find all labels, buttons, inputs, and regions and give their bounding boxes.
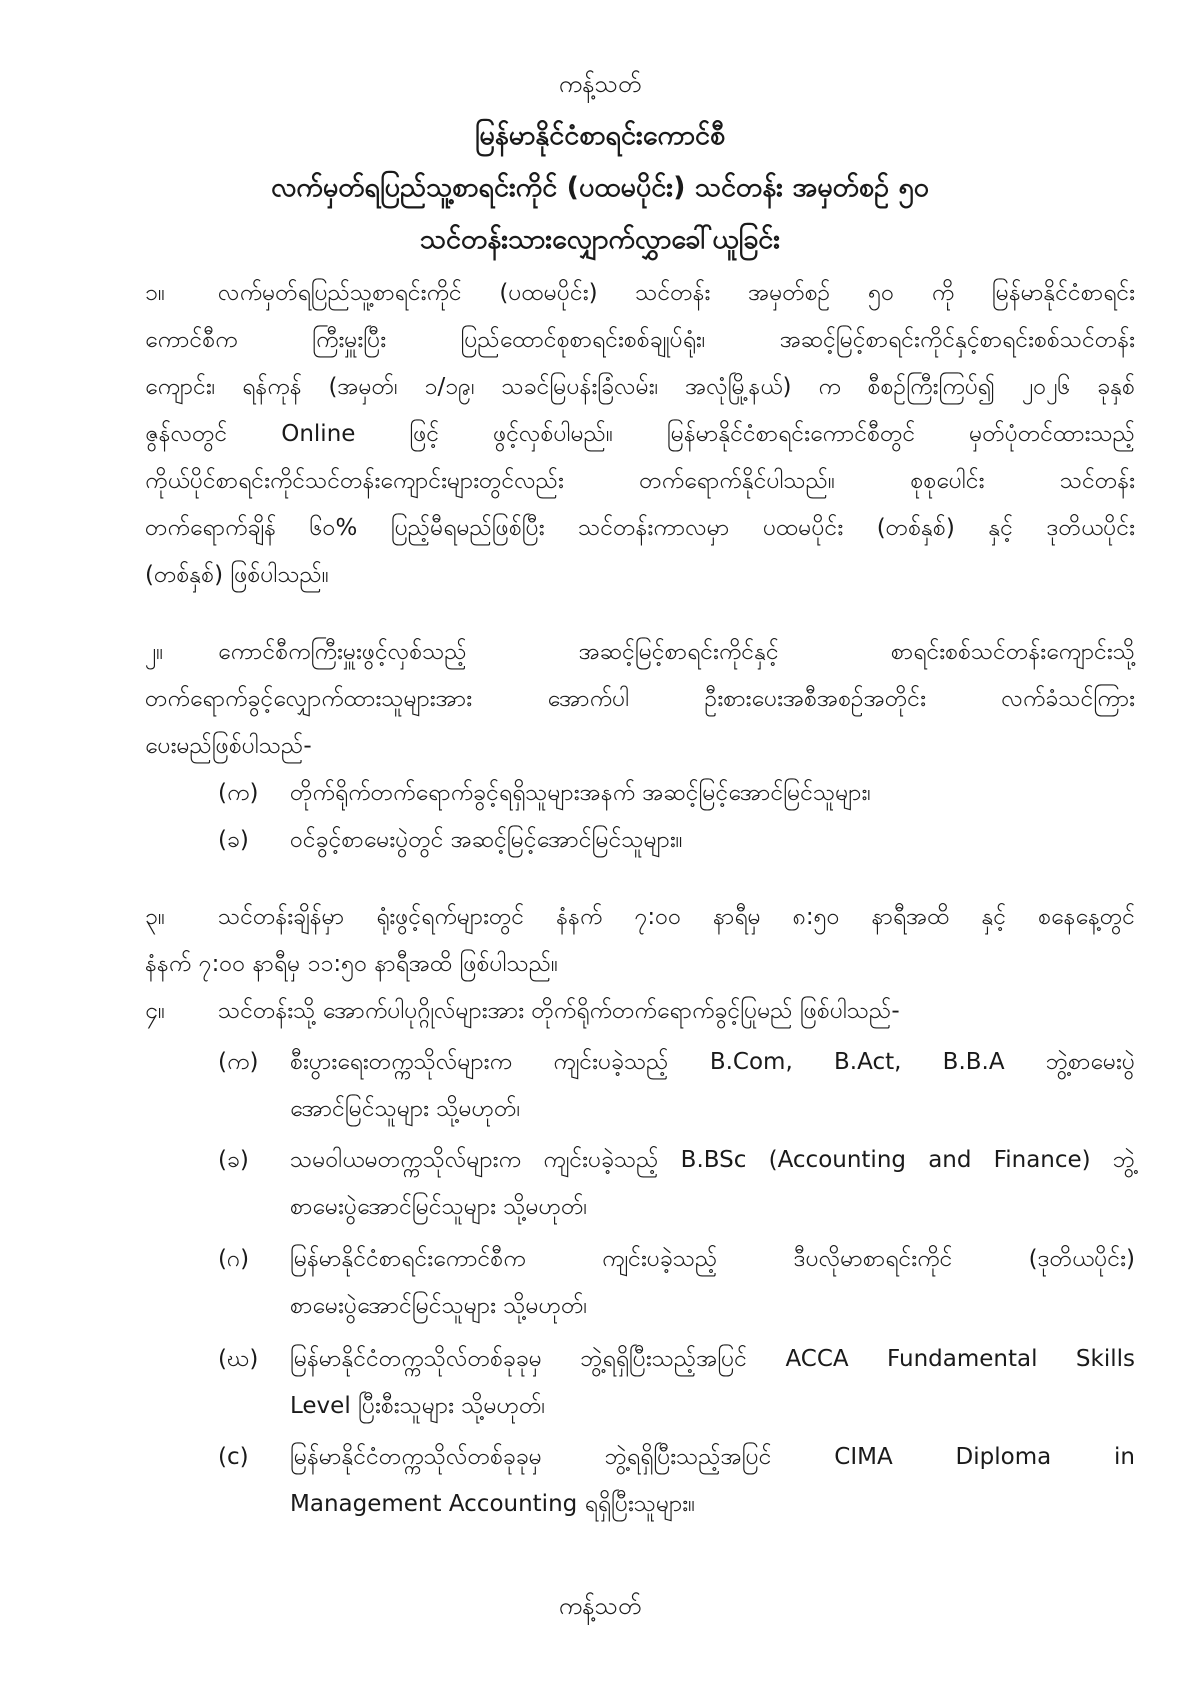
- list-item-label: (c): [218, 1441, 249, 1473]
- section-number: ၄။: [145, 995, 165, 1027]
- list-item-text: တိုက်ရိုက်တက်ရောက်ခွင့်ရရှိသူများအနက် အဆ…: [290, 777, 1135, 809]
- list-item-label: (က): [218, 1046, 258, 1078]
- paragraph-line: ပေးမည်ဖြစ်ပါသည်-: [145, 730, 1135, 762]
- section-number: ၃။: [145, 901, 165, 933]
- paragraph-line: သင်တန်းသို့ အောက်ပါပုဂ္ဂိုလ်များအား တိုက…: [218, 995, 1135, 1027]
- list-item-label: (ဃ): [218, 1343, 258, 1375]
- list-item-text: Level ပြီးစီးသူများ သို့မဟုတ်၊: [290, 1390, 1135, 1422]
- list-item-label: (ဂ): [218, 1243, 249, 1275]
- confidential-label-top: ကန့်သတ်: [0, 68, 1200, 104]
- paragraph-line: ဇွန်လတွင် Online ဖြင့် ဖွင့်လှစ်ပါမည်။ မ…: [145, 418, 1135, 450]
- section-number: ၂။: [145, 636, 163, 668]
- notice-title: သင်တန်းသားလျှောက်လွှာခေါ်ယူခြင်း: [0, 222, 1200, 262]
- organization-title: မြန်မာနိုင်ငံစာရင်းကောင်စီ: [0, 118, 1200, 158]
- list-item-text: မြန်မာနိုင်ငံစာရင်းကောင်စီက ကျင်းပခဲ့သည့…: [290, 1243, 1135, 1275]
- list-item-text: မြန်မာနိုင်ငံတက္ကသိုလ်တစ်ခုခုမှ ဘွဲ့ရရှိ…: [290, 1343, 1135, 1375]
- list-item-text: မြန်မာနိုင်ငံတက္ကသိုလ်တစ်ခုခုမှ ဘွဲ့ရရှိ…: [290, 1441, 1135, 1473]
- document-page: ကန့်သတ် မြန်မာနိုင်ငံစာရင်းကောင်စီ လက်မှ…: [0, 0, 1200, 1696]
- list-item-text: Management Accounting ရရှိပြီးသူများ။: [290, 1488, 1135, 1520]
- paragraph-line: နံနက် ၇:၀၀ နာရီမှ ၁၁:၅၀ နာရီအထိ ဖြစ်ပါသည…: [145, 948, 1135, 980]
- list-item-label: (ခ): [218, 1144, 249, 1176]
- course-title: လက်မှတ်ရပြည်သူ့စာရင်းကိုင် (ပထမပိုင်း) သ…: [0, 170, 1200, 210]
- list-item-text: သမဝါယမတက္ကသိုလ်များက ကျင်းပခဲ့သည့် B.BSc…: [290, 1144, 1135, 1176]
- confidential-label-bottom: ကန့်သတ်: [0, 1590, 1200, 1626]
- paragraph-line: သင်တန်းချိန်မှာ ရုံးဖွင့်ရက်များတွင် နံန…: [218, 901, 1135, 933]
- paragraph-line: ကောင်စီကကြီးမှူးဖွင့်လှစ်သည့် အဆင့်မြင့်…: [218, 636, 1135, 668]
- list-item-text: စာမေးပွဲအောင်မြင်သူများ သို့မဟုတ်၊: [290, 1290, 1135, 1322]
- list-item-text: စီးပွားရေးတက္ကသိုလ်များက ကျင်းပခဲ့သည့် B…: [290, 1046, 1135, 1078]
- list-item-text: အောင်မြင်သူများ သို့မဟုတ်၊: [290, 1093, 1135, 1125]
- list-item-text: စာမေးပွဲအောင်မြင်သူများ သို့မဟုတ်၊: [290, 1191, 1135, 1223]
- paragraph-line: ကောင်စီက ကြီးမှူးပြီး ပြည်ထောင်စုစာရင်းစ…: [145, 324, 1135, 356]
- list-item-text: ဝင်ခွင့်စာမေးပွဲတွင် အဆင့်မြင့်အောင်မြင်…: [290, 824, 1135, 856]
- list-item-label: (က): [218, 777, 258, 809]
- paragraph-line: ကိုယ်ပိုင်စာရင်းကိုင်သင်တန်းကျောင်းများတ…: [145, 465, 1135, 497]
- paragraph-line: လက်မှတ်ရပြည်သူ့စာရင်းကိုင် (ပထမပိုင်း) သ…: [218, 277, 1135, 309]
- section-number: ၁။: [145, 277, 165, 309]
- paragraph-line: ကျောင်း၊ ရန်ကုန် (အမှတ်၊ ၁/၁၉၊ သခင်မြပန်…: [145, 371, 1135, 403]
- paragraph-line: (တစ်နှစ်) ဖြစ်ပါသည်။: [145, 559, 1135, 591]
- paragraph-line: တက်ရောက်ခွင့်လျှောက်ထားသူများအား အောက်ပါ…: [145, 683, 1135, 715]
- list-item-label: (ခ): [218, 824, 249, 856]
- paragraph-line: တက်ရောက်ချိန် ၆၀% ပြည့်မီရမည်ဖြစ်ပြီး သင…: [145, 512, 1135, 544]
